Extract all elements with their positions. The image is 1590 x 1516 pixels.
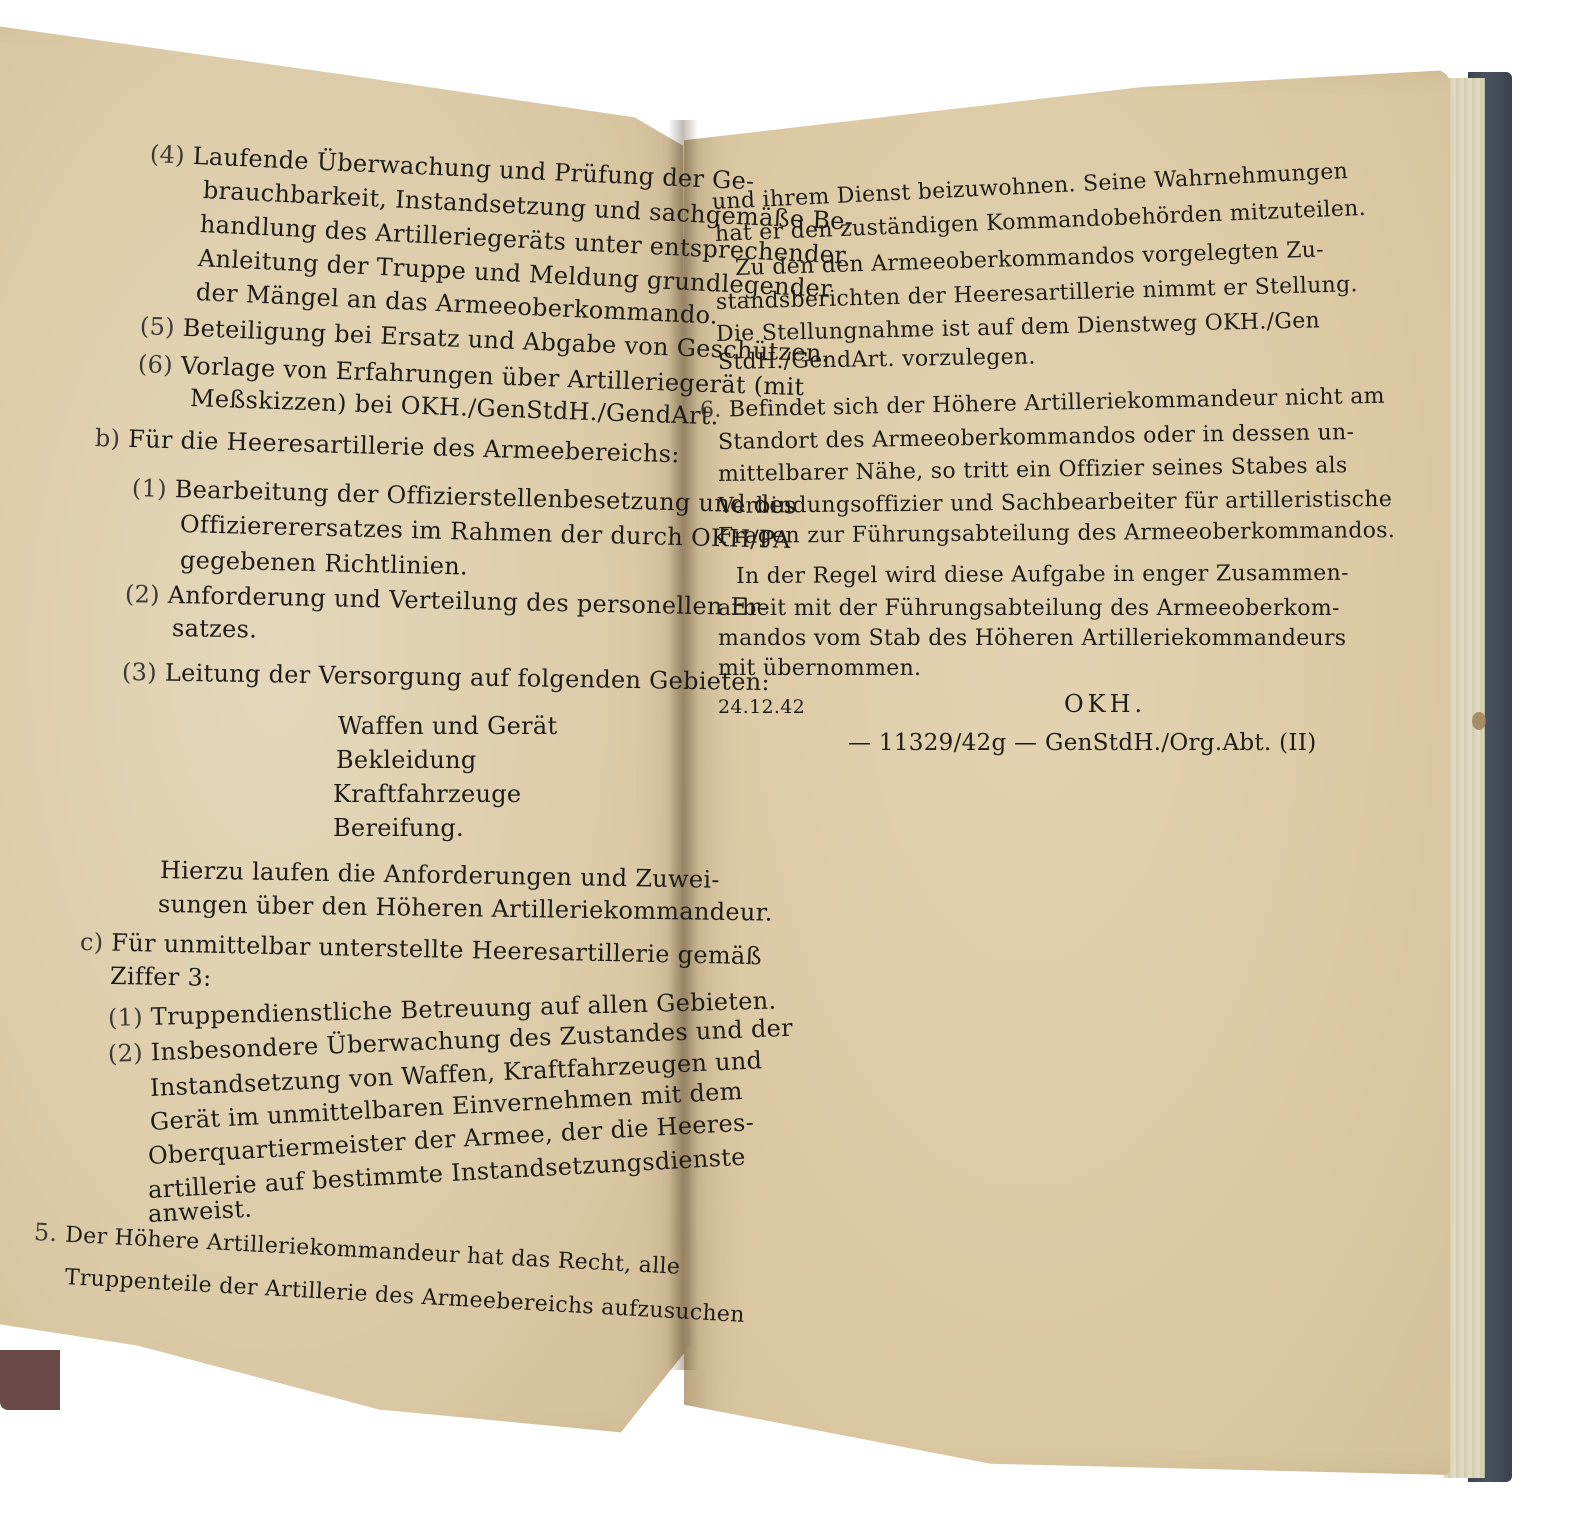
text-line: Ziffer 3: bbox=[110, 962, 212, 992]
text-line: satzes. bbox=[172, 614, 258, 643]
text-line: arbeit mit der Führungsabteilung des Arm… bbox=[718, 596, 1340, 621]
text-line: Kraftfahrzeuge bbox=[333, 780, 521, 808]
text-line: Bereifung. bbox=[333, 814, 464, 842]
text-line: In der Regel wird diese Aufgabe in enger… bbox=[736, 561, 1349, 589]
book-cover-left bbox=[0, 1350, 60, 1410]
text-line: Waffen und Gerät bbox=[338, 712, 557, 740]
page-stack-edges bbox=[1444, 78, 1485, 1478]
open-book-photo: (4) Laufende Überwachung und Prüfung der… bbox=[0, 0, 1590, 1516]
text-line: mit übernommen. bbox=[718, 656, 921, 681]
text-line: mandos vom Stab des Höheren Artillerieko… bbox=[718, 626, 1346, 651]
text-line: Bekleidung bbox=[336, 746, 477, 774]
page-edge-stain bbox=[1472, 712, 1486, 730]
issuer-signature: OKH. bbox=[1064, 690, 1146, 718]
reference-number: — 11329/42g — GenStdH./Org.Abt. (II) bbox=[848, 730, 1316, 756]
text-line: anweist. bbox=[147, 1195, 253, 1228]
document-date: 24.12.42 bbox=[718, 696, 805, 718]
